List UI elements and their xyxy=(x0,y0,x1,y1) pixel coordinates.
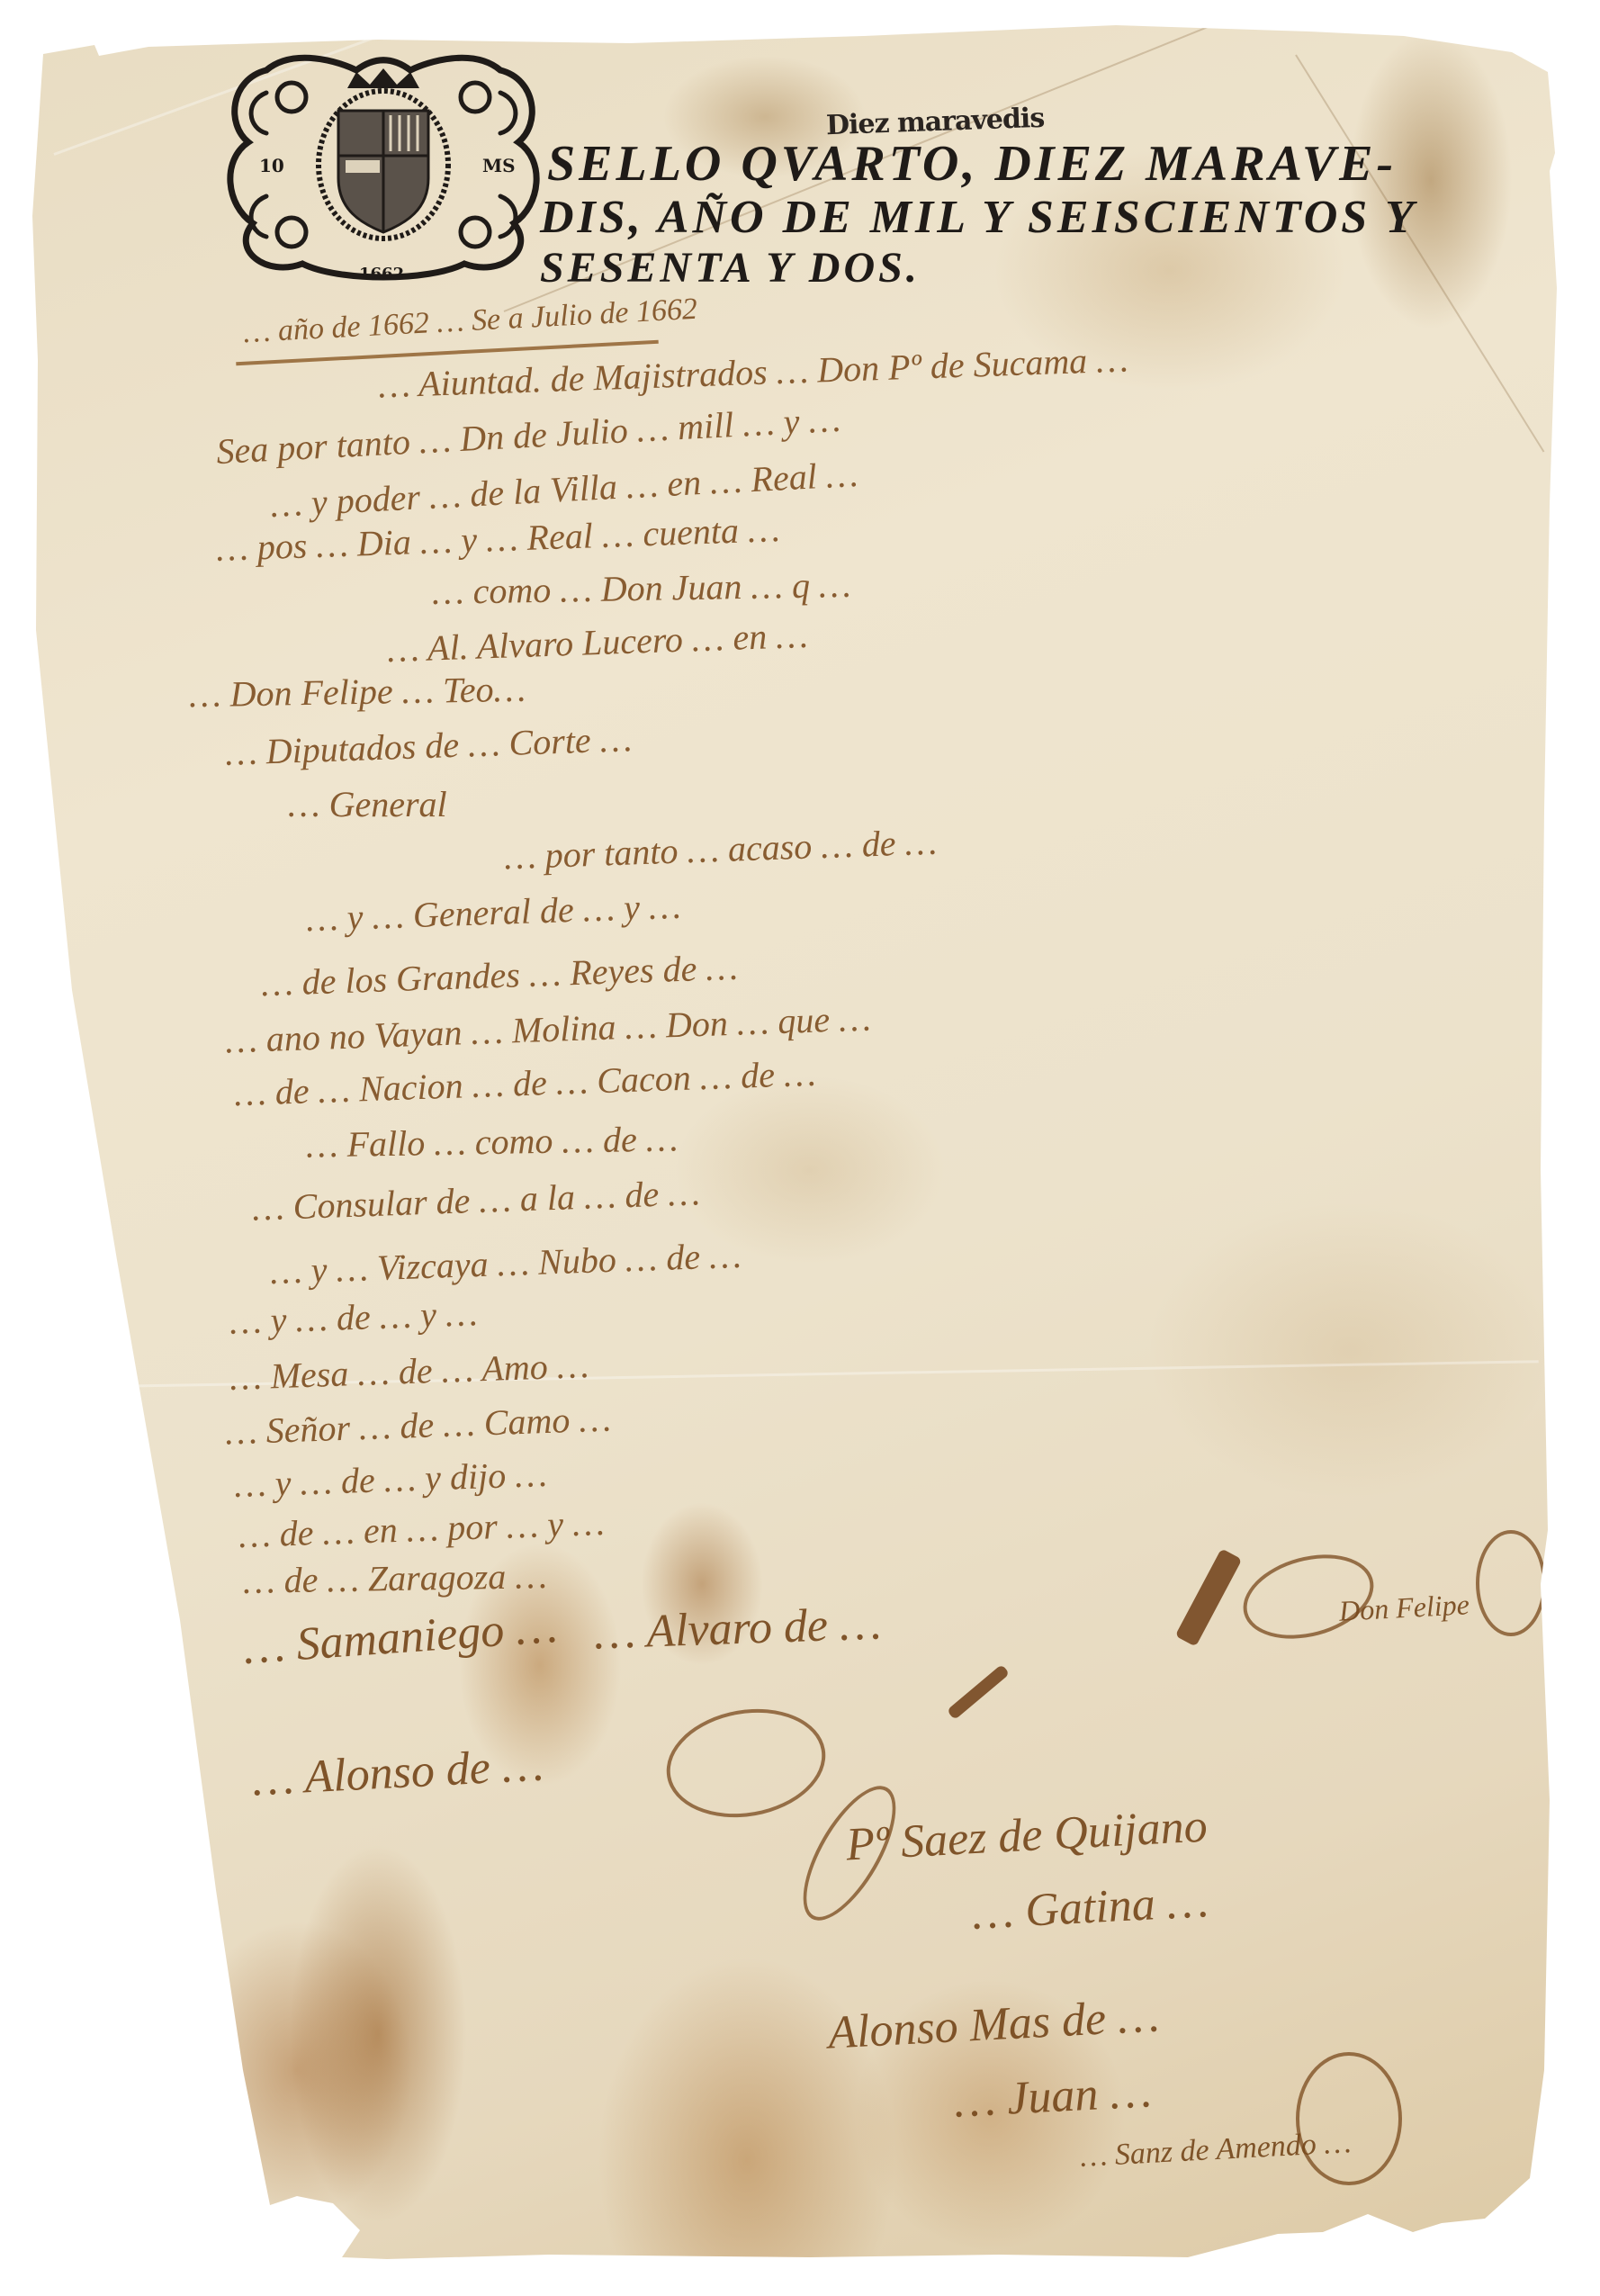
signature: Alonso Mas de … xyxy=(827,1989,1161,2059)
signature: … Gatina … xyxy=(971,1875,1210,1940)
manuscript-line: … y … Vizcaya … Nubo … de … xyxy=(269,1234,742,1292)
rubric-flourish xyxy=(1296,2052,1402,2185)
signature: … Juan … xyxy=(953,2065,1153,2128)
manuscript-line: … Al. Alvaro Lucero … en … xyxy=(386,614,808,671)
manuscript-line: … ano no Vayan … Molina … Don … que … xyxy=(224,996,871,1061)
seal-year: 1662 xyxy=(359,265,404,284)
manuscript-line: … y … de … y dijo … xyxy=(233,1453,547,1506)
rubric-flourish xyxy=(658,1697,834,1829)
manuscript-line: … como … Don Juan … q … xyxy=(432,563,851,613)
manuscript-line: … de los Grandes … Reyes de … xyxy=(260,946,738,1004)
manuscript-line: … Mesa … de … Amo … xyxy=(229,1344,589,1399)
manuscript-line: … de … Nacion … de … Cacon … de … xyxy=(233,1052,816,1115)
manuscript-line: … y … General de … y … xyxy=(305,885,681,941)
royal-seal-woodcut: 10 MS 1662 xyxy=(212,43,554,286)
parchment-page: 10 MS 1662 Diez maravedis SELLO QVARTO, … xyxy=(0,0,1600,2296)
manuscript-line: … Fallo … como … de … xyxy=(306,1117,679,1166)
seal-value-left: 10 xyxy=(259,155,284,176)
manuscript-line: … por tanto … acaso … de … xyxy=(503,821,937,878)
rubric-flourish xyxy=(1234,1541,1383,1652)
coat-of-arms-icon: 10 MS 1662 xyxy=(212,43,554,286)
fold-crease xyxy=(1295,54,1544,452)
signature-stroke xyxy=(1175,1548,1243,1646)
manuscript-line: … Señor … de … Camo … xyxy=(224,1398,611,1454)
signature: Pº Saez de Quijano xyxy=(845,1800,1209,1872)
seal-value-right: MS xyxy=(482,155,516,176)
manuscript-line: … Diputados de … Corte … xyxy=(224,717,633,774)
signature: … Samaniego … xyxy=(241,1600,559,1675)
stamp-text-line-1: SELLO QVARTO, DIEZ MARAVE- xyxy=(547,135,1397,193)
manuscript-line: … General xyxy=(288,783,447,825)
manuscript-line: … Don Felipe … Teo… xyxy=(189,668,526,716)
stamp-text-line-3: SESENTA Y DOS. xyxy=(540,243,921,293)
manuscript-line: … de … Zaragoza … xyxy=(243,1554,548,1602)
stamp-text-line-2: DIS, AÑO DE MIL Y SEISCIENTOS Y xyxy=(540,191,1417,244)
signature: … Alonso de … xyxy=(251,1739,545,1807)
manuscript-line: … y … de … y … xyxy=(229,1292,478,1343)
signature-stroke xyxy=(947,1664,1010,1720)
manuscript-line: … Consular de … a la … de … xyxy=(251,1171,700,1229)
signature: … Alvaro de … xyxy=(593,1597,882,1660)
rubric-flourish xyxy=(1476,1530,1546,1636)
manuscript-line: … de … en … por … y … xyxy=(238,1501,605,1556)
